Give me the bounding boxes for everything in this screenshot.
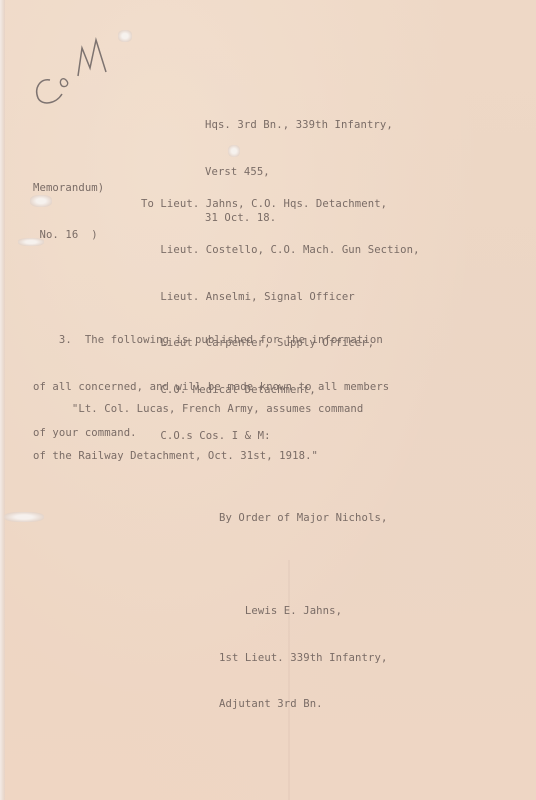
quote-line: "Lt. Col. Lucas, French Army, assumes co… bbox=[33, 402, 363, 418]
handwritten-annotation bbox=[22, 28, 142, 108]
quoted-order: "Lt. Col. Lucas, French Army, assumes co… bbox=[33, 371, 363, 495]
paragraph-line: 3. The following is published for the in… bbox=[33, 333, 389, 349]
recipient-line: To Lieut. Jahns, C.O. Hqs. Detachment, bbox=[141, 197, 420, 213]
header-unit: Hqs. 3rd Bn., 339th Infantry, bbox=[205, 118, 393, 134]
paper-sheet: Hqs. 3rd Bn., 339th Infantry, Verst 455,… bbox=[0, 0, 536, 800]
paper-hole bbox=[4, 512, 44, 522]
quote-line: of the Railway Detachment, Oct. 31st, 19… bbox=[33, 449, 363, 465]
signer-title: 1st Lieut. 339th Infantry, bbox=[219, 651, 387, 667]
paper-left-edge bbox=[0, 0, 5, 800]
signature-block: By Order of Major Nichols, Lewis E. Jahn… bbox=[219, 480, 387, 744]
signer-name: Lewis E. Jahns, bbox=[219, 604, 387, 620]
signer-title: Adjutant 3rd Bn. bbox=[219, 697, 387, 713]
recipient-line: Lieut. Costello, C.O. Mach. Gun Section, bbox=[141, 243, 420, 259]
memo-label-line1: Memorandum) bbox=[33, 181, 104, 197]
memo-label: Memorandum) No. 16 ) bbox=[33, 150, 104, 274]
memo-number: No. 16 ) bbox=[33, 228, 104, 244]
order-line: By Order of Major Nichols, bbox=[219, 511, 387, 527]
